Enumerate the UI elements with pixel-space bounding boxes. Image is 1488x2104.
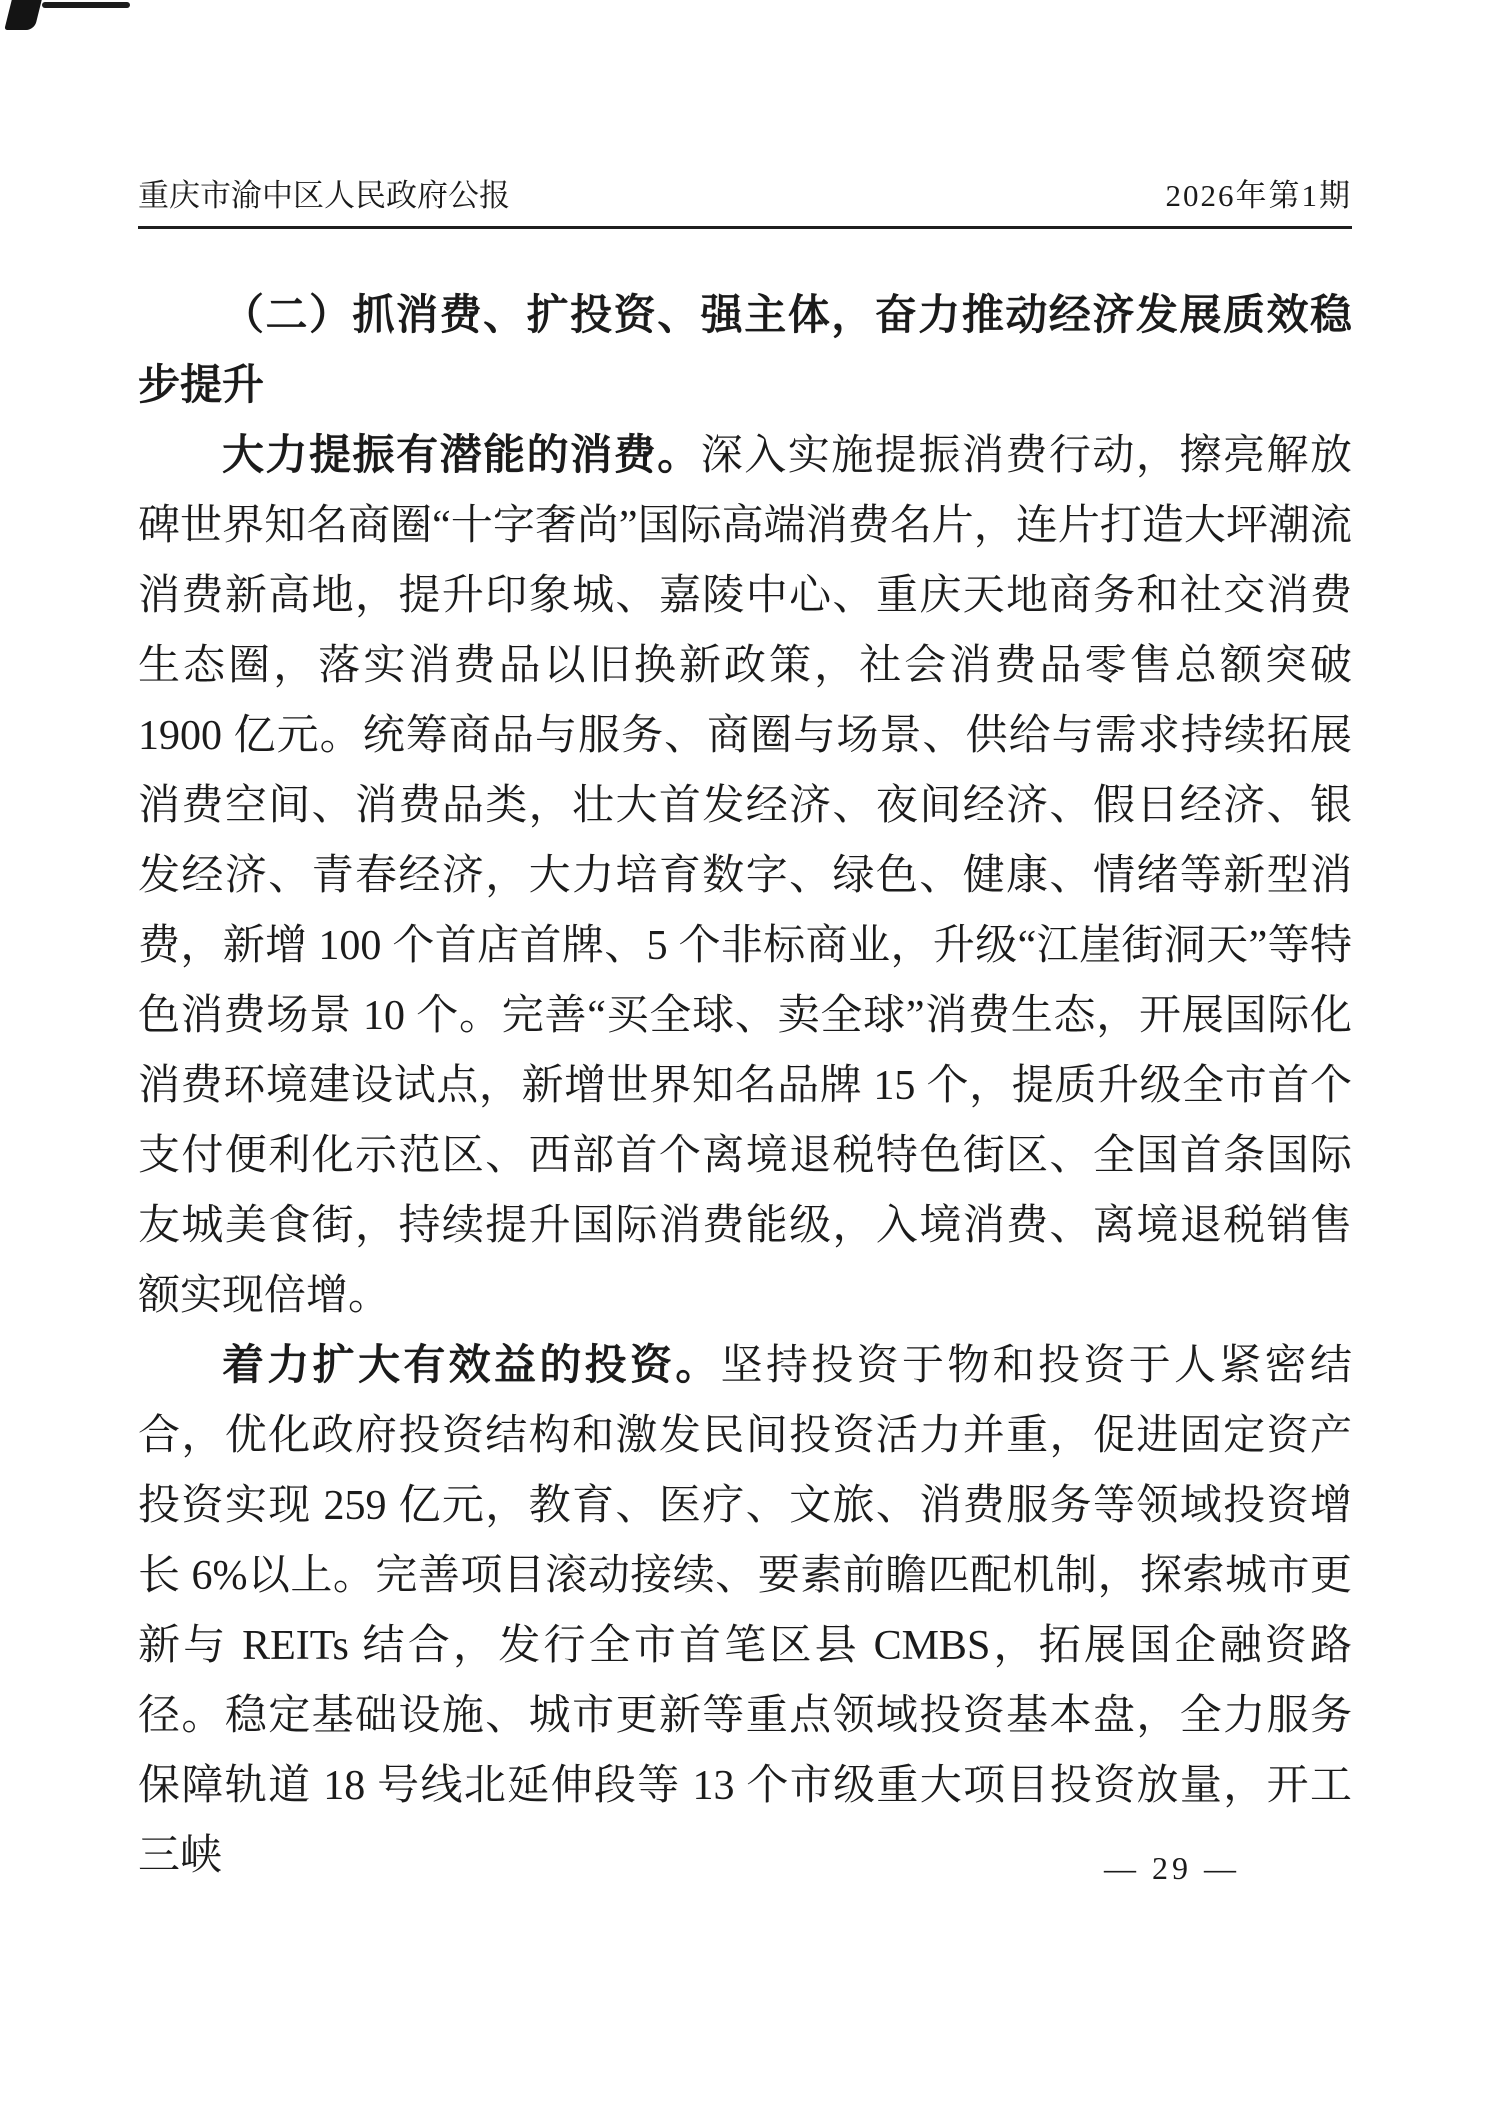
page-number: — 29 —: [1104, 1850, 1240, 1886]
issue-number: 2026年第1期: [1166, 176, 1353, 216]
paragraph-investment-text: 坚持投资于物和投资于人紧密结合，优化政府投资结构和激发民间投资活力并重，促进固定…: [138, 1343, 1352, 1879]
section-heading: （二）抓消费、扩投资、强主体，奋力推动经济发展质效稳步提升: [138, 281, 1352, 421]
document-body: （二）抓消费、扩投资、强主体，奋力推动经济发展质效稳步提升 大力提振有潜能的消费…: [138, 281, 1352, 1891]
paragraph-consumption-text: 深入实施提振消费行动，擦亮解放碑世界知名商圈“十字奢尚”国际高端消费名片，连片打…: [138, 433, 1352, 1319]
page-header: 重庆市渝中区人民政府公报 2026年第1期: [138, 0, 1352, 216]
paragraph-consumption-lead: 大力提振有潜能的消费。: [222, 433, 701, 479]
page-footer: — 29 —: [1104, 1848, 1240, 1888]
scan-artifact-line: [42, 2, 130, 8]
scan-artifact-blob: [4, 0, 41, 30]
header-divider: [138, 226, 1352, 229]
paragraph-consumption: 大力提振有潜能的消费。深入实施提振消费行动，擦亮解放碑世界知名商圈“十字奢尚”国…: [138, 421, 1352, 1331]
paragraph-investment: 着力扩大有效益的投资。坚持投资于物和投资于人紧密结合，优化政府投资结构和激发民间…: [138, 1331, 1352, 1891]
paragraph-investment-lead: 着力扩大有效益的投资。: [222, 1343, 721, 1389]
gazette-title: 重庆市渝中区人民政府公报: [138, 176, 510, 216]
gazette-page: 重庆市渝中区人民政府公报 2026年第1期 （二）抓消费、扩投资、强主体，奋力推…: [0, 0, 1488, 2104]
